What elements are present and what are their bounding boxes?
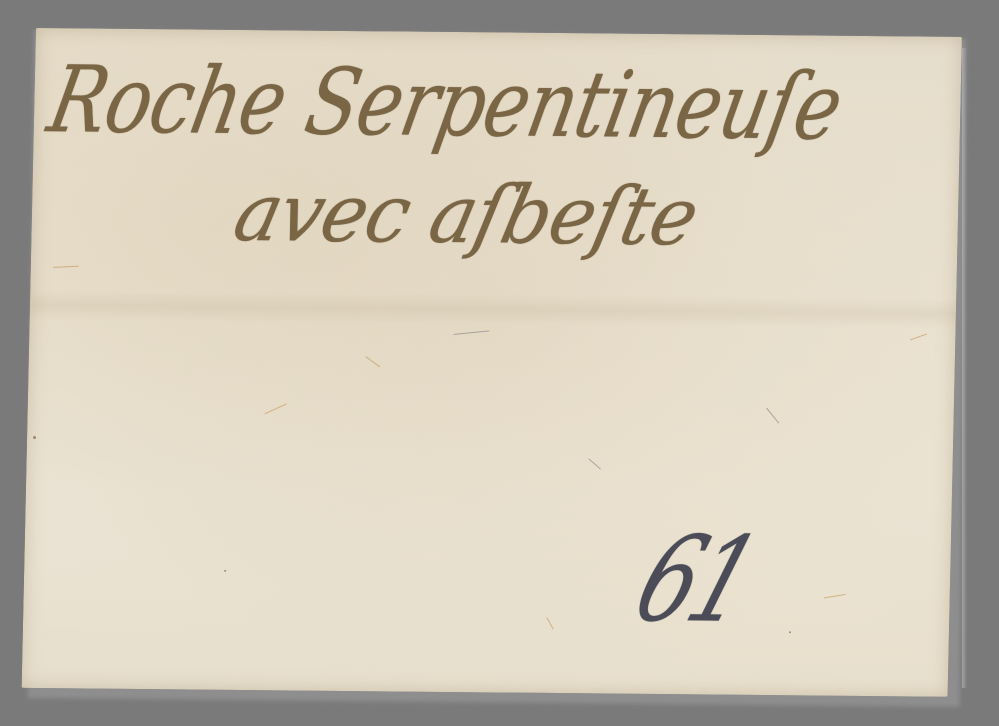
label-line-1: Roche Serpentineuſe [41,46,851,160]
paper-edge [962,48,967,688]
handwritten-label: Roche Serpentineuſe avec aſbeſte [22,28,962,697]
specimen-label-card: Roche Serpentineuſe avec aſbeſte 61 [22,28,962,697]
label-line-2: avec aſbeſte [226,166,706,263]
